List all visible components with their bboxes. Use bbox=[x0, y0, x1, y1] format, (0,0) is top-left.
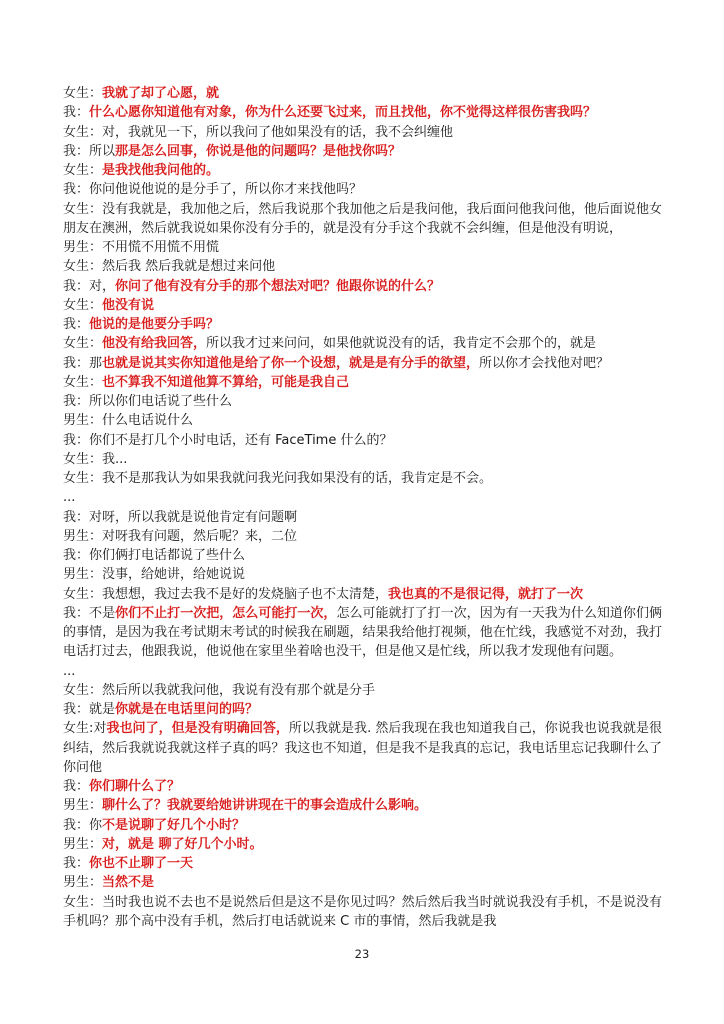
dialogue-line: 我：对，你问了他有没有分手的那个想法对吧？他跟你说的什么？ bbox=[63, 277, 662, 296]
text-segment: 所以你才会找他对吧？ bbox=[479, 356, 609, 371]
text-segment: 女生： bbox=[63, 336, 102, 351]
emphasized-text-segment: 当然不是 bbox=[102, 875, 154, 890]
text-segment: 我：就是 bbox=[63, 702, 115, 717]
dialogue-line: ... bbox=[63, 488, 662, 507]
text-segment: 女生：对，我就见一下，所以我问了他如果没有的话，我不会纠缠他 bbox=[63, 125, 453, 140]
emphasized-text-segment: 是我找他我问他的。 bbox=[102, 163, 219, 178]
dialogue-line: 男生：没事，给她讲，给她说说 bbox=[63, 565, 662, 584]
text-segment: 我：你们不是打几个小时电话，还有 FaceTime 什么的？ bbox=[63, 433, 392, 448]
page-number: 23 bbox=[0, 947, 724, 961]
text-segment: 我：你们俩打电话都说了些什么 bbox=[63, 548, 245, 563]
dialogue-line: ... bbox=[63, 662, 662, 681]
text-segment: ... bbox=[63, 664, 75, 679]
dialogue-line: 我：什么心愿你知道他有对象，你为什么还要飞过来，而且找他，你不觉得这样很伤害我吗… bbox=[63, 103, 662, 122]
text-segment: 女生：我不是那我认为如果我就问我光问我如果没有的话，我肯定是不会。 bbox=[63, 471, 492, 486]
emphasized-text-segment: 也不算我不知道他算不算给，可能是我自己 bbox=[102, 375, 349, 390]
dialogue-line: 我：他说的是他要分手吗？ bbox=[63, 315, 662, 334]
dialogue-line: 女生:对我也问了，但是没有明确回答，所以我就是我. 然后我现在我也知道我自己，你… bbox=[63, 719, 662, 777]
text-segment: 女生：然后所以我就我问他，我说有没有那个就是分手 bbox=[63, 683, 375, 698]
emphasized-text-segment: 什么心愿你知道他有对象，你为什么还要飞过来，而且找他，你不觉得这样很伤害我吗？ bbox=[89, 105, 596, 120]
dialogue-line: 我：你们不是打几个小时电话，还有 FaceTime 什么的？ bbox=[63, 431, 662, 450]
text-segment: 女生：没有我就是，我加他之后，然后我说那个我加他之后是我问他，我后面问他我问他，… bbox=[63, 202, 662, 236]
dialogue-line: 女生：也不算我不知道他算不算给，可能是我自己 bbox=[63, 373, 662, 392]
text-segment: 我：你问他说他说的是分手了，所以你才来找他吗？ bbox=[63, 182, 362, 197]
dialogue-line: 女生：然后我 然后我就是想过来问他 bbox=[63, 257, 662, 276]
transcript: 女生：我就了却了心愿，就我：什么心愿你知道他有对象，你为什么还要飞过来，而且找他… bbox=[63, 84, 662, 931]
dialogue-line: 男生：什么电话说什么 bbox=[63, 411, 662, 430]
dialogue-line: 女生：他没有给我回答，所以我才过来问问，如果他就说没有的话，我肯定不会那个的，就… bbox=[63, 334, 662, 353]
text-segment: 女生： bbox=[63, 298, 102, 313]
dialogue-line: 我：你们聊什么了？ bbox=[63, 777, 662, 796]
dialogue-line: 女生：我想想，我过去我不是好的发烧脑子也不太清楚，我也真的不是很记得，就打了一次 bbox=[63, 585, 662, 604]
emphasized-text-segment: 我就了却了心愿，就 bbox=[102, 86, 219, 101]
text-segment: 男生：对呀我有问题，然后呢？来，二位 bbox=[63, 529, 297, 544]
text-segment: 女生：我... bbox=[63, 452, 127, 467]
dialogue-line: 女生：我不是那我认为如果我就问我光问我如果没有的话，我肯定是不会。 bbox=[63, 469, 662, 488]
text-segment: 我：不是 bbox=[63, 606, 115, 621]
text-segment: 我：对呀，所以我就是说他肯定有问题啊 bbox=[63, 510, 297, 525]
dialogue-line: 男生：聊什么了？我就要给她讲讲现在干的事会造成什么影响。 bbox=[63, 796, 662, 815]
text-segment: 所以我才过来问问，如果他就说没有的话，我肯定不会那个的，就是 bbox=[206, 336, 596, 351]
emphasized-text-segment: 不是说聊了好几个小时？ bbox=[102, 818, 245, 833]
dialogue-line: 女生：对，我就见一下，所以我问了他如果没有的话，我不会纠缠他 bbox=[63, 123, 662, 142]
text-segment: 男生： bbox=[63, 837, 102, 852]
emphasized-text-segment: 你问了他有没有分手的那个想法对吧？他跟你说的什么？ bbox=[115, 279, 440, 294]
dialogue-line: 男生：当然不是 bbox=[63, 873, 662, 892]
emphasized-text-segment: 他没有给我回答， bbox=[102, 336, 206, 351]
dialogue-line: 女生：没有我就是，我加他之后，然后我说那个我加他之后是我问他，我后面问他我问他，… bbox=[63, 200, 662, 239]
text-segment: 男生：什么电话说什么 bbox=[63, 413, 193, 428]
dialogue-line: 我：你也不止聊了一天 bbox=[63, 854, 662, 873]
emphasized-text-segment: 你也不止聊了一天 bbox=[89, 856, 193, 871]
text-segment: 女生：我想想，我过去我不是好的发烧脑子也不太清楚， bbox=[63, 587, 388, 602]
text-segment: 我：所以 bbox=[63, 144, 115, 159]
text-segment: 男生：不用慌不用慌不用慌 bbox=[63, 240, 219, 255]
text-segment: 男生：没事，给她讲，给她说说 bbox=[63, 567, 245, 582]
emphasized-text-segment: 也就是说其实你知道他是给了你一个设想，就是是有分手的欲望， bbox=[102, 356, 479, 371]
document-page: 女生：我就了却了心愿，就我：什么心愿你知道他有对象，你为什么还要飞过来，而且找他… bbox=[0, 0, 724, 1024]
emphasized-text-segment: 那是怎么回事，你说是他的问题吗？是他找你吗？ bbox=[115, 144, 401, 159]
text-segment: 我：那 bbox=[63, 356, 102, 371]
dialogue-line: 女生：当时我也说不去也不是说然后但是这不是你见过吗？然后然后我当时就说我没有手机… bbox=[63, 893, 662, 932]
emphasized-text-segment: 你们不止打一次把，怎么可能打一次， bbox=[115, 606, 336, 621]
text-segment: 女生：然后我 然后我就是想过来问他 bbox=[63, 259, 275, 274]
text-segment: 男生： bbox=[63, 798, 102, 813]
dialogue-line: 男生：对呀我有问题，然后呢？来，二位 bbox=[63, 527, 662, 546]
dialogue-line: 女生：他没有说 bbox=[63, 296, 662, 315]
dialogue-line: 女生：是我找他我问他的。 bbox=[63, 161, 662, 180]
emphasized-text-segment: 你就是在电话里问的吗？ bbox=[115, 702, 258, 717]
dialogue-line: 我：不是你们不止打一次把，怎么可能打一次，怎么可能就打了打一次，因为有一天我为什… bbox=[63, 604, 662, 662]
emphasized-text-segment: 我也问了，但是没有明确回答， bbox=[107, 721, 289, 736]
text-segment: 我：你 bbox=[63, 818, 102, 833]
dialogue-line: 男生：对，就是 聊了好几个小时。 bbox=[63, 835, 662, 854]
text-segment: 女生： bbox=[63, 86, 102, 101]
emphasized-text-segment: 我也真的不是很记得，就打了一次 bbox=[388, 587, 583, 602]
dialogue-line: 女生：我... bbox=[63, 450, 662, 469]
text-segment: 男生： bbox=[63, 875, 102, 890]
dialogue-line: 我：那也就是说其实你知道他是给了你一个设想，就是是有分手的欲望，所以你才会找他对… bbox=[63, 354, 662, 373]
text-segment: 我： bbox=[63, 105, 89, 120]
emphasized-text-segment: 你们聊什么了？ bbox=[89, 779, 180, 794]
emphasized-text-segment: 他说的是他要分手吗？ bbox=[89, 317, 219, 332]
text-segment: 女生：当时我也说不去也不是说然后但是这不是你见过吗？然后然后我当时就说我没有手机… bbox=[63, 895, 662, 929]
text-segment: 我： bbox=[63, 317, 89, 332]
text-segment: 女生： bbox=[63, 375, 102, 390]
dialogue-line: 我：就是你就是在电话里问的吗？ bbox=[63, 700, 662, 719]
text-segment: 我：对， bbox=[63, 279, 115, 294]
emphasized-text-segment: 聊什么了？我就要给她讲讲现在干的事会造成什么影响。 bbox=[102, 798, 427, 813]
dialogue-line: 我：你问他说他说的是分手了，所以你才来找他吗？ bbox=[63, 180, 662, 199]
text-segment: 女生： bbox=[63, 163, 102, 178]
dialogue-line: 我：对呀，所以我就是说他肯定有问题啊 bbox=[63, 508, 662, 527]
dialogue-line: 女生：然后所以我就我问他，我说有没有那个就是分手 bbox=[63, 681, 662, 700]
text-segment: 我： bbox=[63, 779, 89, 794]
emphasized-text-segment: 他没有说 bbox=[102, 298, 154, 313]
dialogue-line: 男生：不用慌不用慌不用慌 bbox=[63, 238, 662, 257]
text-segment: 女生:对 bbox=[63, 721, 107, 736]
emphasized-text-segment: 对，就是 聊了好几个小时。 bbox=[102, 837, 263, 852]
text-segment: 我： bbox=[63, 856, 89, 871]
dialogue-line: 我：你不是说聊了好几个小时？ bbox=[63, 816, 662, 835]
dialogue-line: 我：所以你们电话说了些什么 bbox=[63, 392, 662, 411]
text-segment: ... bbox=[63, 490, 75, 505]
text-segment: 我：所以你们电话说了些什么 bbox=[63, 394, 232, 409]
dialogue-line: 我：所以那是怎么回事，你说是他的问题吗？是他找你吗？ bbox=[63, 142, 662, 161]
dialogue-line: 我：你们俩打电话都说了些什么 bbox=[63, 546, 662, 565]
dialogue-line: 女生：我就了却了心愿，就 bbox=[63, 84, 662, 103]
